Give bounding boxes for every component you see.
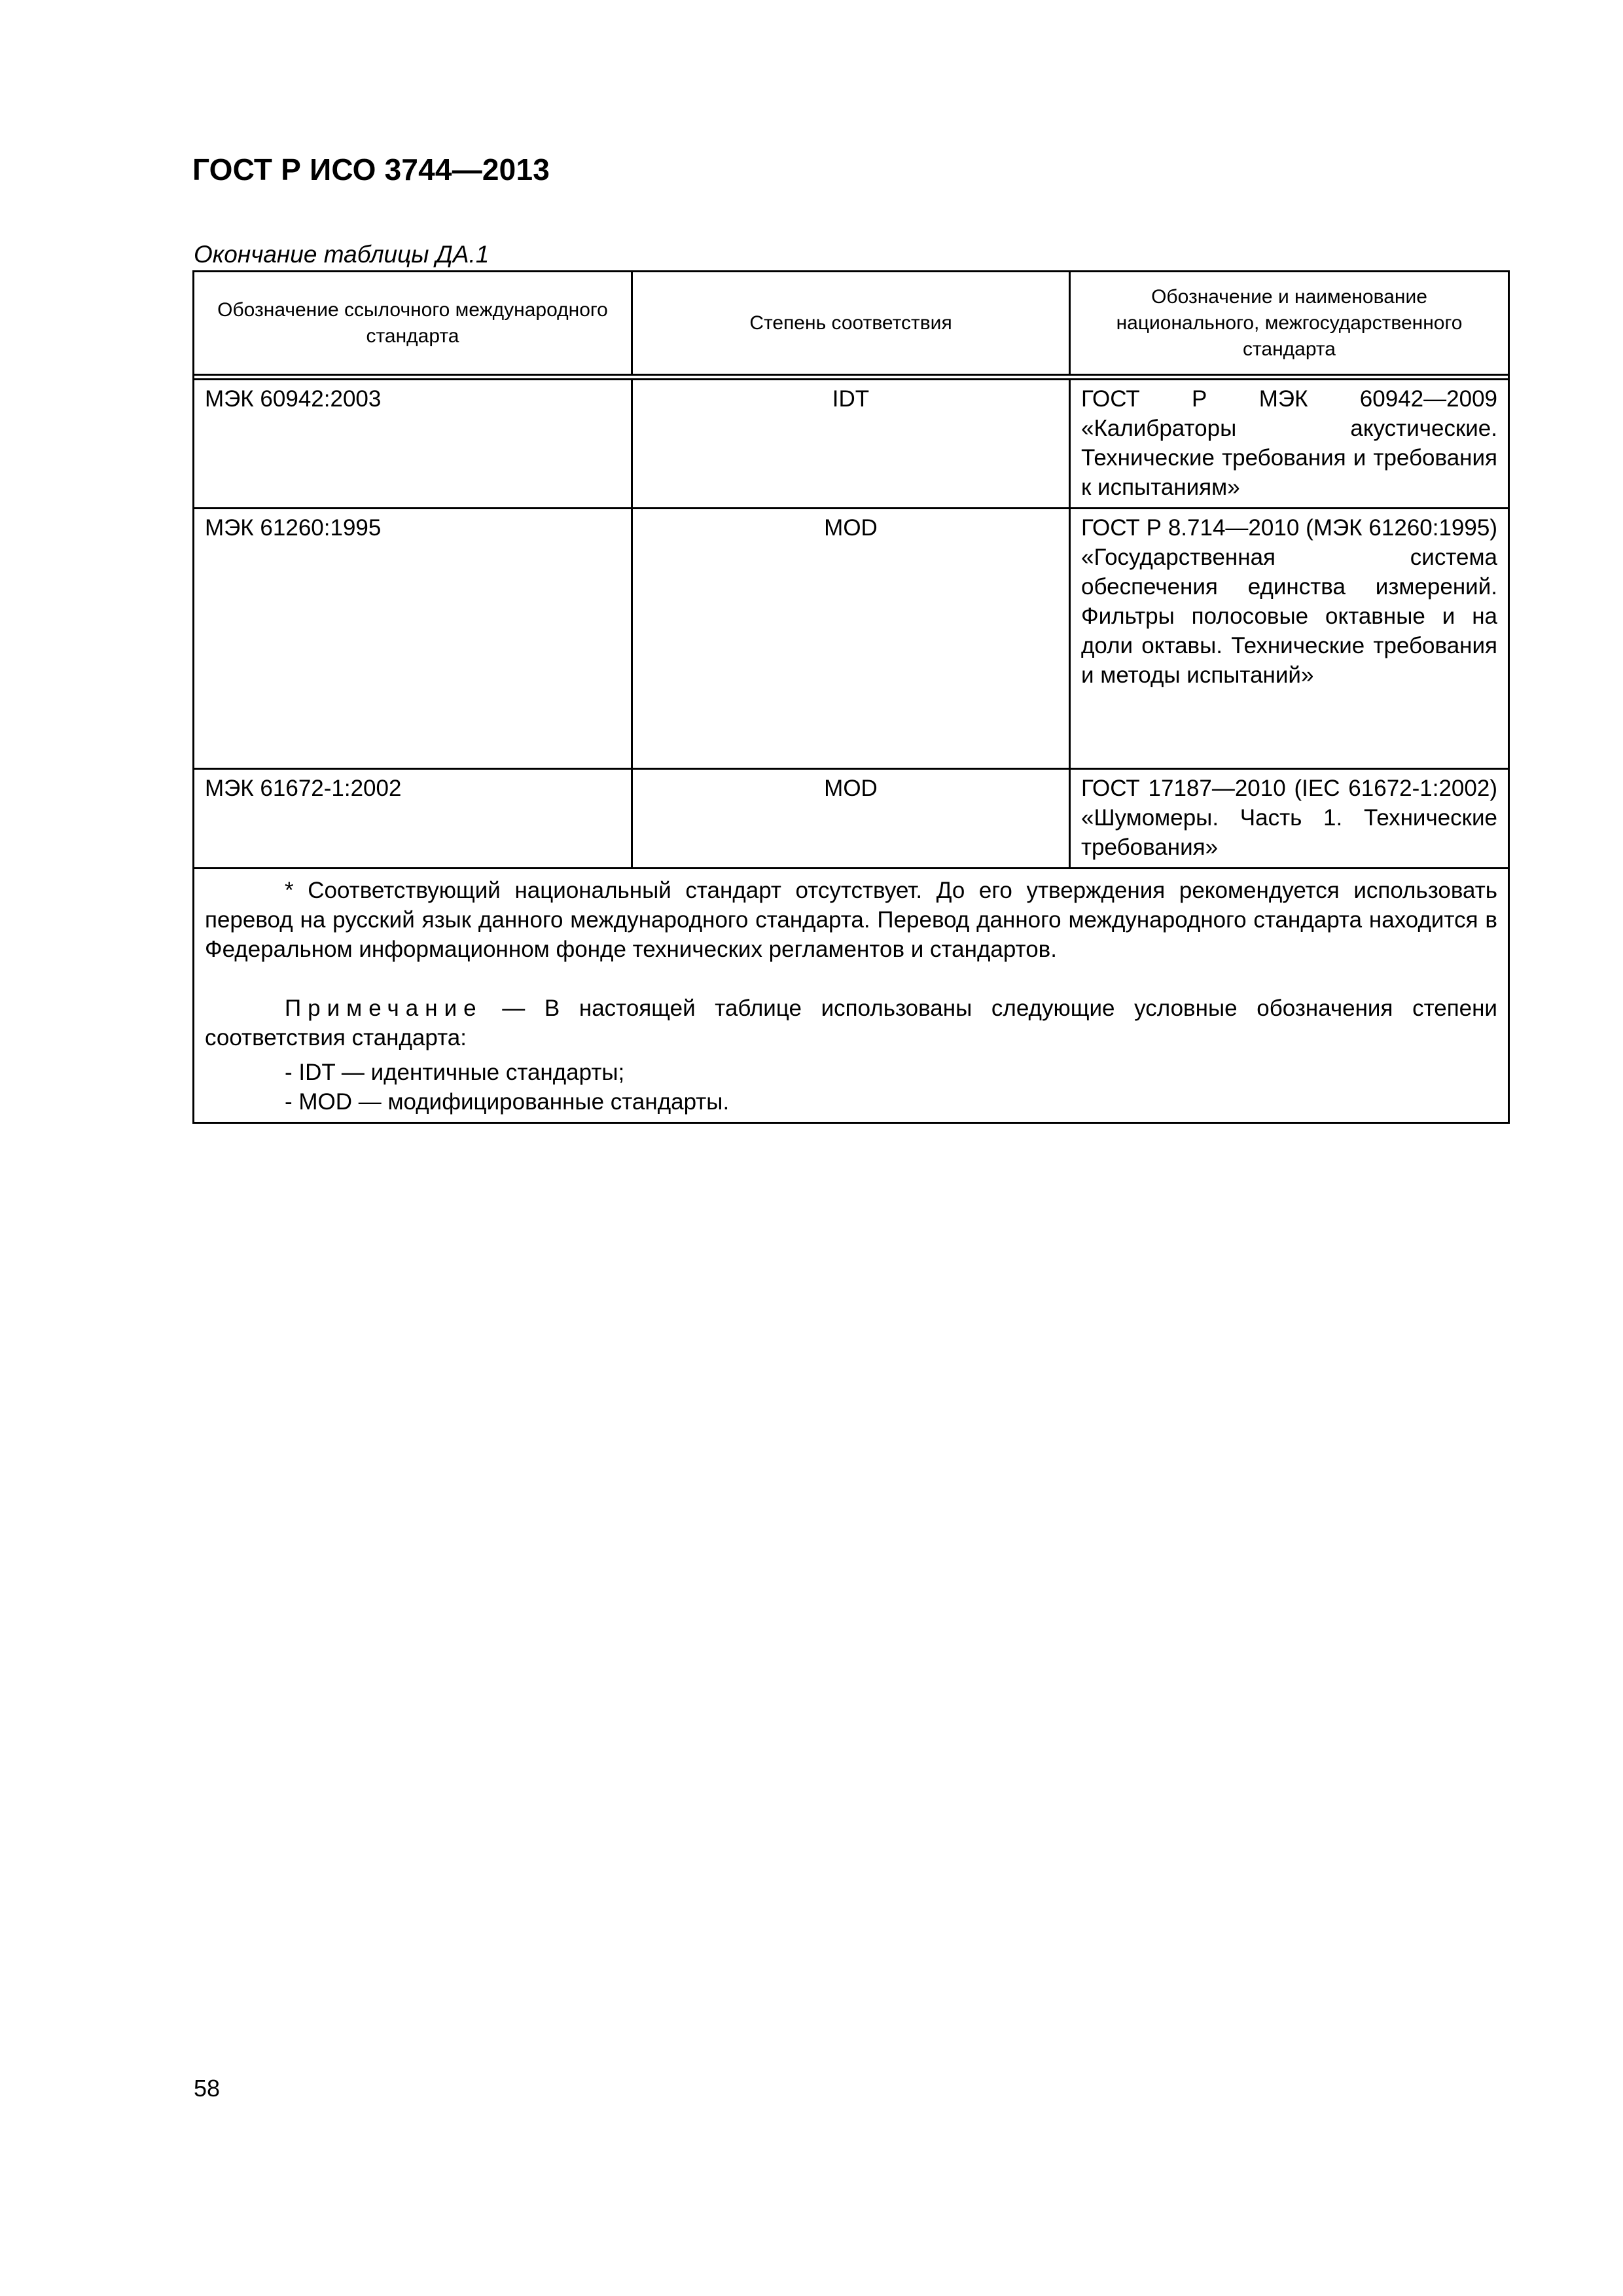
column-header-reference: Обозначение ссылочного международного ст… bbox=[194, 272, 632, 375]
table-row: МЭК 61672-1:2002 MOD ГОСТ 17187—2010 (IE… bbox=[194, 769, 1509, 869]
column-header-degree: Степень соответствия bbox=[632, 272, 1070, 375]
cell-reference: МЭК 61672-1:2002 bbox=[194, 769, 632, 869]
table-caption: Окончание таблицы ДА.1 bbox=[194, 241, 489, 268]
cell-degree: MOD bbox=[632, 509, 1070, 769]
reference-standards-table: Обозначение ссылочного международного ст… bbox=[192, 270, 1510, 1124]
note: Примечание — В настоящей таблице использ… bbox=[205, 994, 1497, 1052]
cell-reference: МЭК 60942:2003 bbox=[194, 380, 632, 509]
table-row: МЭК 61260:1995 MOD ГОСТ Р 8.714—2010 (МЭ… bbox=[194, 509, 1509, 769]
cell-reference: МЭК 61260:1995 bbox=[194, 509, 632, 769]
table-notes-row: * Соответствующий национальный стандарт … bbox=[194, 869, 1509, 1123]
cell-degree: IDT bbox=[632, 380, 1070, 509]
table-row: МЭК 60942:2003 IDT ГОСТ Р МЭК 60942—2009… bbox=[194, 380, 1509, 509]
table-notes: * Соответствующий национальный стандарт … bbox=[194, 869, 1509, 1123]
table-header-row: Обозначение ссылочного международного ст… bbox=[194, 272, 1509, 375]
note-label: Примечание bbox=[285, 996, 483, 1021]
cell-degree: MOD bbox=[632, 769, 1070, 869]
footnote: * Соответствующий национальный стандарт … bbox=[205, 876, 1497, 964]
cell-national: ГОСТ 17187—2010 (IEC 61672-1:2002) «Шумо… bbox=[1070, 769, 1509, 869]
cell-national: ГОСТ Р МЭК 60942—2009 «Калибраторы акуст… bbox=[1070, 380, 1509, 509]
header-separator bbox=[194, 375, 1509, 380]
page-number: 58 bbox=[194, 2075, 220, 2102]
legend-idt: - IDT — идентичные стандарты; bbox=[205, 1058, 1497, 1087]
cell-national: ГОСТ Р 8.714—2010 (МЭК 61260:1995) «Госу… bbox=[1070, 509, 1509, 769]
document-header-title: ГОСТ Р ИСО 3744—2013 bbox=[192, 152, 550, 187]
column-header-national: Обозначение и наименование национального… bbox=[1070, 272, 1509, 375]
legend-mod: - MOD — модифицированные стандарты. bbox=[205, 1087, 1497, 1117]
